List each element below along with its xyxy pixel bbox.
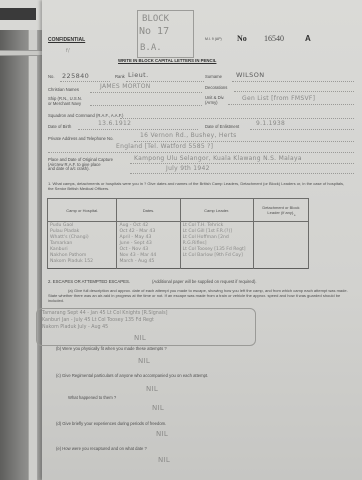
no-value: 225840 [62, 72, 89, 80]
camps-cell: Pudu Gaol Pulau Pladak Whatt's (Changi) … [48, 222, 117, 269]
answer-2c: NIL [146, 385, 158, 393]
escape-attempts-list: Tamarang Sept 44 - Jan 45 Lt Col Knights… [42, 310, 167, 331]
dob-value: 13.6.1912 [98, 120, 131, 127]
dates-cell: Aug - Oct 42 Oct 42 - Mar 43 April - May… [117, 222, 180, 269]
answer-2b: NIL [138, 357, 150, 365]
liberation-questionnaire-form: CONFIDENTIAL f/ BLOCK No 17 B.A. M.I. 9 … [42, 0, 362, 480]
question-2e: (e) How were you recaptured and on what … [56, 446, 147, 451]
col-dates: Dates. [117, 199, 180, 222]
dob-label: Date of Birth [48, 124, 71, 129]
question-2b: (b) Were you physically fit when you mad… [56, 346, 167, 351]
col-camp: Camp or Hospital. [48, 199, 117, 222]
capture-label: Place and Date of Original Capture (Airc… [48, 158, 113, 172]
form-no-suffix: A [305, 34, 311, 43]
camps-table: Camp or Hospital. Dates. Camp Leader. De… [47, 198, 309, 269]
form-no-label: No [237, 34, 247, 43]
section-2-note: (Additional paper will be supplied on re… [152, 279, 257, 284]
rank-label: Rank [115, 74, 125, 79]
capture-line-1: Kampong Ulu Selangor, Kuala Klawang N.S.… [134, 155, 302, 162]
enlistment-label: Date of Enlistment [205, 124, 239, 129]
folder-tab [0, 8, 36, 20]
form-ref-label: M.I. 9 (AP) [205, 37, 222, 41]
christian-names-label: Christian Names [48, 87, 79, 92]
detachment-cell [253, 222, 308, 269]
section-1-question: 1. What camps, detachments or hospitals … [48, 181, 348, 191]
answer-2e: NIL [158, 456, 170, 464]
enlistment-value: 9.1.1938 [256, 120, 285, 127]
capture-line-2: July 9th 1942 [166, 165, 210, 172]
rank-value: Lieut. [128, 71, 149, 79]
form-no-value: 16540 [264, 34, 284, 43]
surname-label: Surname [205, 74, 222, 79]
question-2c-followup: What happened to them ? [68, 395, 116, 400]
question-2c: (c) Give Regimental particulars of anyon… [56, 373, 208, 378]
decorations-label: Decorations [205, 85, 227, 90]
block-stamp: BLOCK No 17 B.A. [137, 10, 194, 58]
binder-clip-strip [28, 30, 38, 480]
question-2a: (a) Give full description and approx. da… [48, 288, 352, 303]
instruction-banner: WRITE IN BLOCK CAPITAL LETTERS IN PENCIL [118, 58, 216, 63]
question-2d: (d) Give briefly your experiences during… [56, 421, 166, 426]
ship-label: Ship (R.N., U.S.N.or Merchant Navy [48, 97, 82, 106]
col-camp-leader: Camp Leader. [180, 199, 253, 222]
answer-2c-followup: NIL [152, 404, 164, 412]
stamp-line-3: B.A. [140, 43, 162, 53]
address-line-1: 16 Vernon Rd., Bushey, Herts [140, 132, 237, 139]
answer-2d: NIL [156, 430, 168, 438]
christian-names-value: JAMES MORTON [100, 83, 151, 90]
answer-2a: NIL [134, 334, 146, 342]
squadron-label: Squadron and Command (R.A.F., A.A.F.) [48, 113, 123, 118]
corner-mark: f/ [66, 48, 70, 54]
camps-table-row: Pudu Gaol Pulau Pladak Whatt's (Changi) … [48, 222, 309, 269]
surname-value: WILSON [236, 71, 264, 79]
section-2-heading: 2. ESCAPES OR ATTEMPTED ESCAPES. [48, 279, 130, 284]
unit-label: Unit & Div.(Army) [205, 96, 224, 105]
address-line-2: England [Tel. Watford 5585 ?] [116, 143, 213, 150]
stamp-line-2: No 17 [139, 26, 169, 37]
address-label: Private Address and Telephone No. [48, 136, 114, 141]
leaders-cell: Lt Col T.H. Tehrick Lt Col Gill [1st F.R… [180, 222, 253, 269]
no-label: No. [48, 74, 55, 79]
stamp-line-1: BLOCK [142, 14, 169, 24]
unit-value: Gen List [from FMSVF] [242, 95, 315, 102]
asterisk-mark: * [294, 213, 296, 218]
confidential-label: CONFIDENTIAL [48, 37, 85, 43]
col-detachment-leader: Detachment or Block Leader (if any). [253, 199, 308, 222]
